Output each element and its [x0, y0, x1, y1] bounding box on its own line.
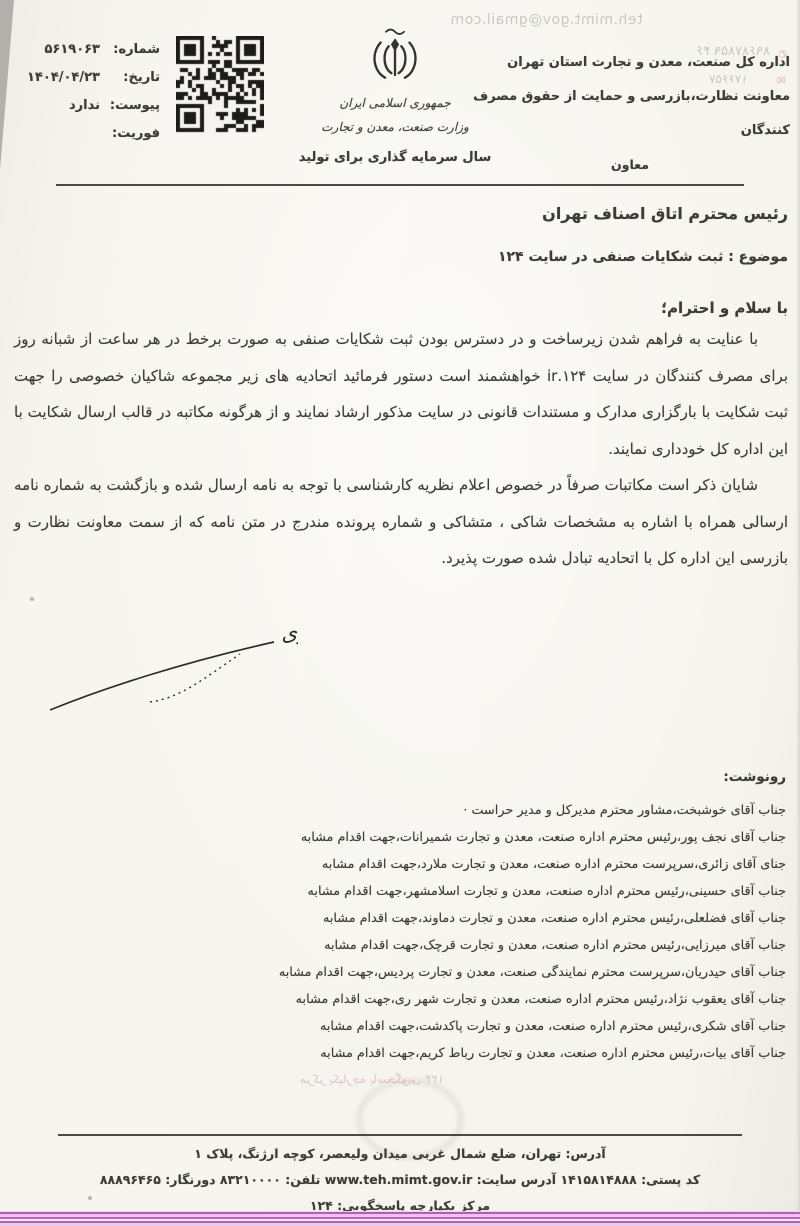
- number-value: ۵۶۱۹۰۶۳: [44, 42, 100, 57]
- footer-address: آدرس: تهران، ضلع شمال غربی میدان ولیعصر،…: [0, 1141, 800, 1167]
- footer-postal-site-label: کد پستی: ۱۴۱۵۸۱۴۸۸۸ آدرس سایت:: [477, 1172, 700, 1187]
- org-line-2: معاونت نظارت،بازرسی و حمایت از حقوق مصرف…: [470, 80, 790, 148]
- cc-item: جناب آقای فضلعلی،رئیس محترم اداره صنعت، …: [0, 905, 786, 932]
- footer-website: www.teh.mimt.gov.ir: [325, 1172, 473, 1187]
- letter-body: با عنایت به فراهم شدن زیرساخت و در دسترس…: [14, 321, 788, 577]
- footer-block: آدرس: تهران، ضلع شمال غربی میدان ولیعصر،…: [0, 1141, 800, 1219]
- letter-meta-block: شماره:۵۶۱۹۰۶۳ تاریخ:۱۴۰۴/۰۴/۲۳ پیوست:ندا…: [10, 42, 160, 154]
- body-paragraph-1: با عنایت به فراهم شدن زیرساخت و در دسترس…: [14, 321, 788, 467]
- qr-code: [176, 36, 264, 134]
- bleed-through-email-text: teh.mimt.gov@gmail.com: [450, 12, 643, 28]
- scan-right-edge-shadow: [796, 0, 800, 1226]
- iran-emblem-icon: [368, 28, 422, 86]
- org-line-3: معاون: [470, 148, 790, 182]
- attachment-value: ندارد: [69, 98, 100, 113]
- footer-contacts: کد پستی: ۱۴۱۵۸۱۴۸۸۸ آدرس سایت: www.teh.m…: [0, 1167, 800, 1193]
- cc-title: رونوشت:: [723, 769, 786, 785]
- scanned-letter-page: { "colors": { "paper": "#f6f4ee", "ink":…: [0, 0, 800, 1226]
- recipient-line: رئیس محترم اتاق اصناف تهران: [542, 204, 788, 223]
- cc-item: جناب آقای خوشبخت،مشاور محترم مدیرکل و مد…: [0, 797, 786, 824]
- signature-name-text: سیدعلی-میرموسوی: [279, 600, 298, 646]
- body-paragraph-2: شایان ذکر است مکاتبات صرفاً در خصوص اعلا…: [14, 467, 788, 577]
- handwritten-signature: سیدعلی-میرموسوی: [34, 596, 298, 728]
- date-label: تاریخ:: [110, 70, 160, 85]
- footer-divider: [58, 1134, 742, 1136]
- cc-item: جناب آقای میرزایی،رئیس محترم اداره صنعت،…: [0, 932, 786, 959]
- salutation: با سلام و احترام؛: [661, 299, 788, 317]
- cc-item: جناب آقای یعقوب نژاد،رئیس محترم اداره صن…: [0, 986, 786, 1013]
- cc-list: جناب آقای خوشبخت،مشاور محترم مدیرکل و مد…: [0, 797, 786, 1067]
- number-label: شماره:: [110, 42, 160, 57]
- cc-item: جنای آقای زائری،سرپرست محترم اداره صنعت،…: [0, 851, 786, 878]
- urgency-label: فوریت:: [110, 126, 160, 141]
- cc-item: جناب آقای نجف پور،رئیس محترم اداره صنعت،…: [0, 824, 786, 851]
- scan-bottom-color-strip: [0, 1211, 800, 1226]
- attachment-label: پیوست:: [110, 98, 160, 113]
- organization-block: اداره کل صنعت، معدن و تجارت استان تهران …: [470, 46, 790, 182]
- subject-line: موضوع : ثبت شکایات صنفی در سایت ۱۲۴: [498, 249, 788, 265]
- cc-item: جناب آقای شکری،رئیس محترم اداره صنعت، مع…: [0, 1013, 786, 1040]
- cc-item: جناب آقای حیدریان،سرپرست محترم نمایندگی …: [0, 959, 786, 986]
- footer-phone-fax: تلفن: ۸۳۲۱۰۰۰۰ دورنگار: ۸۸۸۹۶۴۶۵: [100, 1172, 320, 1187]
- signature-block: سیدعلی-میرموسوی: [34, 596, 298, 728]
- org-line-1: اداره کل صنعت، معدن و تجارت استان تهران: [470, 46, 790, 80]
- cc-item: جناب آقای حسینی،رئیس محترم اداره صنعت، م…: [0, 878, 786, 905]
- cc-item: جناب آقای بیات،رئیس محترم اداره صنعت، مع…: [0, 1040, 786, 1067]
- header-divider: [56, 184, 744, 186]
- date-value: ۱۴۰۴/۰۴/۲۳: [27, 70, 100, 85]
